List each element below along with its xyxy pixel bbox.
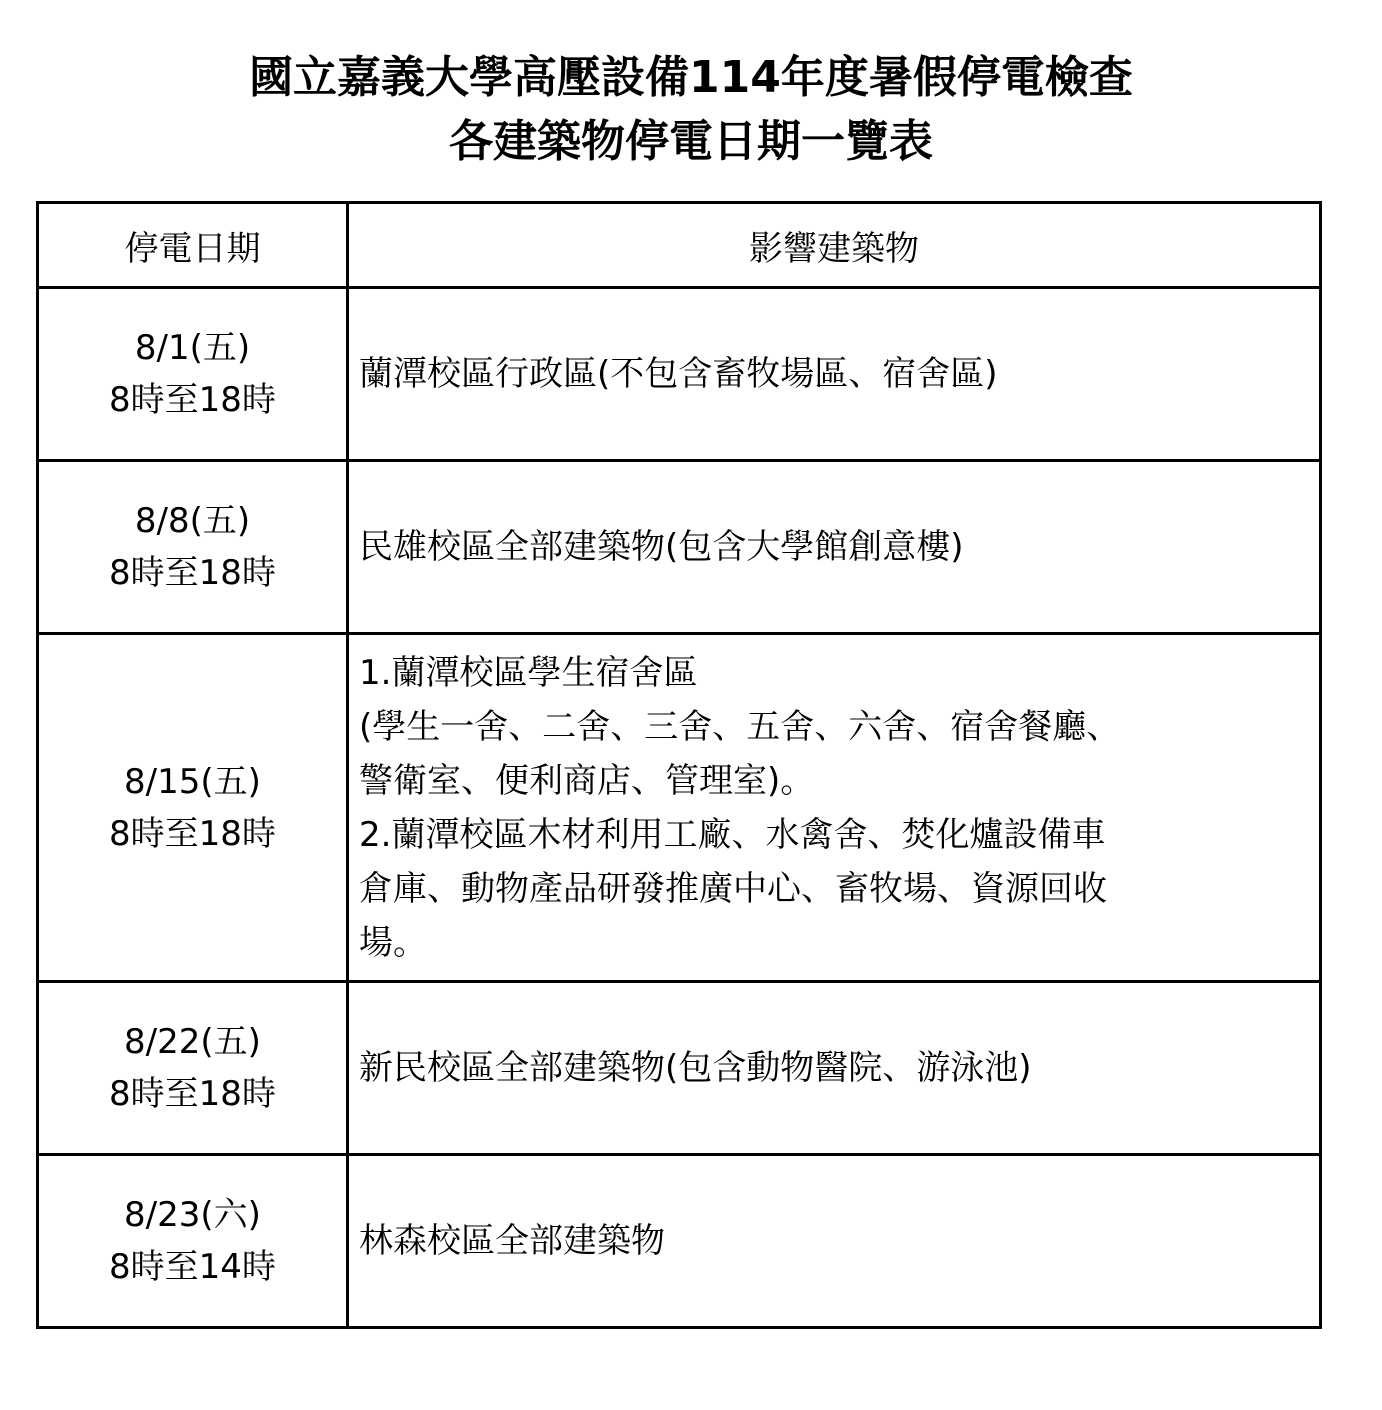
date-cell: 8/15(五) 8時至18時 [38, 634, 348, 982]
table-row: 8/23(六) 8時至14時 林森校區全部建築物 [38, 1155, 1321, 1328]
date: 8/22(五) [39, 1016, 346, 1068]
table-row: 8/15(五) 8時至18時 1.蘭潭校區學生宿舍區 (學生一舍、二舍、三舍、五… [38, 634, 1321, 982]
table-row: 8/1(五) 8時至18時 蘭潭校區行政區(不包含畜牧場區、宿舍區) [38, 288, 1321, 461]
header-date: 停電日期 [38, 203, 348, 288]
table-row: 8/22(五) 8時至18時 新民校區全部建築物(包含動物醫院、游泳池) [38, 982, 1321, 1155]
buildings-cell: 民雄校區全部建築物(包含大學館創意樓) [348, 461, 1321, 634]
building-line: 林森校區全部建築物 [359, 1214, 1299, 1268]
date: 8/1(五) [39, 322, 346, 374]
header-buildings: 影響建築物 [348, 203, 1321, 288]
date: 8/8(五) [39, 495, 346, 547]
document-title-line1: 國立嘉義大學高壓設備114年度暑假停電檢查 [0, 48, 1382, 108]
building-line: 蘭潭校區行政區(不包含畜牧場區、宿舍區) [359, 347, 1299, 401]
building-line: 1.蘭潭校區學生宿舍區 [359, 646, 1299, 700]
date: 8/15(五) [39, 756, 346, 808]
building-line: 新民校區全部建築物(包含動物醫院、游泳池) [359, 1041, 1299, 1095]
building-line: 2.蘭潭校區木材利用工廠、水禽舍、焚化爐設備車 [359, 808, 1299, 862]
date-cell: 8/23(六) 8時至14時 [38, 1155, 348, 1328]
buildings-cell: 蘭潭校區行政區(不包含畜牧場區、宿舍區) [348, 288, 1321, 461]
time-range: 8時至18時 [39, 808, 346, 860]
date-cell: 8/22(五) 8時至18時 [38, 982, 348, 1155]
building-line: 倉庫、動物產品研發推廣中心、畜牧場、資源回收 [359, 862, 1299, 916]
time-range: 8時至18時 [39, 1068, 346, 1120]
building-line: (學生一舍、二舍、三舍、五舍、六舍、宿舍餐廳、 [359, 700, 1299, 754]
table-header-row: 停電日期 影響建築物 [38, 203, 1321, 288]
time-range: 8時至14時 [39, 1241, 346, 1293]
building-line: 場。 [359, 916, 1299, 970]
buildings-cell: 林森校區全部建築物 [348, 1155, 1321, 1328]
building-line: 警衛室、便利商店、管理室)。 [359, 754, 1299, 808]
document-title-line2: 各建築物停電日期一覽表 [0, 112, 1382, 172]
time-range: 8時至18時 [39, 374, 346, 426]
buildings-cell: 1.蘭潭校區學生宿舍區 (學生一舍、二舍、三舍、五舍、六舍、宿舍餐廳、 警衛室、… [348, 634, 1321, 982]
date-cell: 8/1(五) 8時至18時 [38, 288, 348, 461]
buildings-cell: 新民校區全部建築物(包含動物醫院、游泳池) [348, 982, 1321, 1155]
building-line: 民雄校區全部建築物(包含大學館創意樓) [359, 520, 1299, 574]
table-row: 8/8(五) 8時至18時 民雄校區全部建築物(包含大學館創意樓) [38, 461, 1321, 634]
date-cell: 8/8(五) 8時至18時 [38, 461, 348, 634]
time-range: 8時至18時 [39, 547, 346, 599]
outage-schedule-table: 停電日期 影響建築物 8/1(五) 8時至18時 蘭潭校區行政區(不包含畜牧場區… [36, 201, 1322, 1329]
date: 8/23(六) [39, 1189, 346, 1241]
